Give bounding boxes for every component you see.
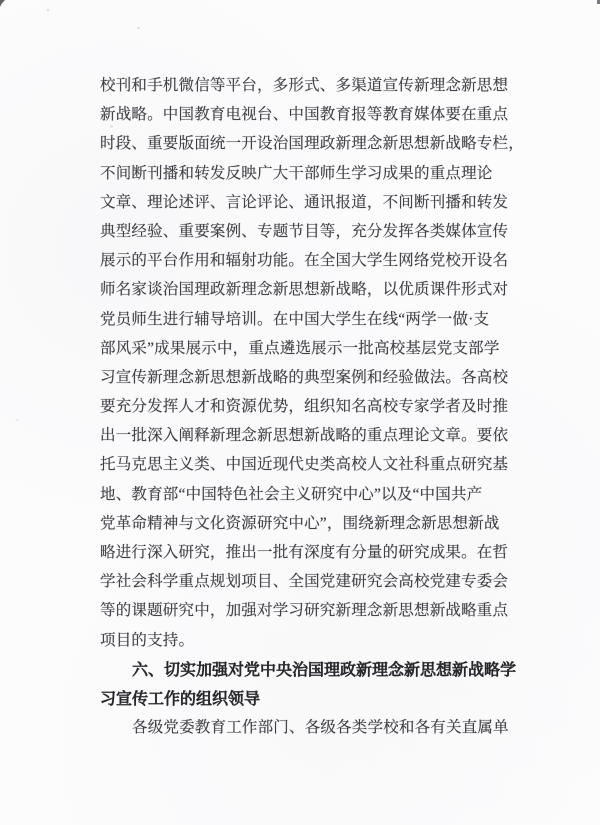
- text-line: 不间断刊播和转发反映广大干部师生学习成果的重点理论: [100, 159, 540, 188]
- scan-speck: [47, 9, 49, 11]
- text-line: 等的课题研究中，加强对学习研究新理念新思想新战略重点: [100, 596, 540, 625]
- text-line: 习宣传新理念新思想新战略的典型案例和经验做法。各高校: [100, 363, 540, 392]
- text-line: 文章、理论述评、言论评论、通讯报道，不间断刊播和转发: [100, 188, 540, 217]
- section-heading-line: 六、切实加强对党中央治国理政新理念新思想新战略学: [100, 655, 540, 684]
- text-line: 党员师生进行辅导培训。在中国大学生在线“两学一做·支: [100, 305, 540, 334]
- text-line: 托马克思主义类、中国近现代史类高校人文社科重点研究基: [100, 450, 540, 479]
- text-line: 各级党委教育工作部门、各级各类学校和各有关直属单: [100, 713, 540, 742]
- text-line: 新战略。中国教育电视台、中国教育报等教育媒体要在重点: [100, 100, 540, 129]
- section-heading-line: 习宣传工作的组织领导: [100, 684, 540, 713]
- text-line: 要充分发挥人才和资源优势，组织知名高校专家学者及时推: [100, 392, 540, 421]
- text-line: 地、教育部“中国特色社会主义研究中心”以及“中国共产: [100, 480, 540, 509]
- scan-speck: [137, 27, 140, 29]
- text-line: 部风采”成果展示中，重点遴选展示一批高校基层党支部学: [100, 334, 540, 363]
- text-line: 典型经验、重要案例、专题节目等，充分发挥各类媒体宣传: [100, 217, 540, 246]
- scan-speck: [110, 125, 113, 128]
- scanned-document-page: 校刊和手机微信等平台，多形式、多渠道宣传新理念新思想 新战略。中国教育电视台、中…: [0, 0, 600, 825]
- text-line: 时段、重要版面统一开设治国理政新理念新思想新战略专栏，: [100, 129, 540, 158]
- text-line: 党革命精神与文化资源研究中心”，围绕新理念新思想新战: [100, 509, 540, 538]
- text-line: 展示的平台作用和辐射功能。在全国大学生网络党校开设名: [100, 246, 540, 275]
- text-line: 出一批深入阐释新理念新思想新战略的重点理论文章。要依: [100, 421, 540, 450]
- text-line: 师名家谈治国理政新理念新思想新战略，以优质课件形式对: [100, 275, 540, 304]
- document-text-block: 校刊和手机微信等平台，多形式、多渠道宣传新理念新思想 新战略。中国教育电视台、中…: [100, 71, 540, 742]
- text-line: 校刊和手机微信等平台，多形式、多渠道宣传新理念新思想: [100, 71, 540, 100]
- scan-speck: [16, 419, 19, 421]
- text-line: 略进行深入研究，推出一批有深度有分量的研究成果。在哲: [100, 538, 540, 567]
- text-line: 学社会科学重点规划项目、全国党建研究会高校党建专委会: [100, 567, 540, 596]
- scanner-corner-mark-icon: [0, 0, 5, 7]
- text-line: 项目的支持。: [100, 626, 540, 655]
